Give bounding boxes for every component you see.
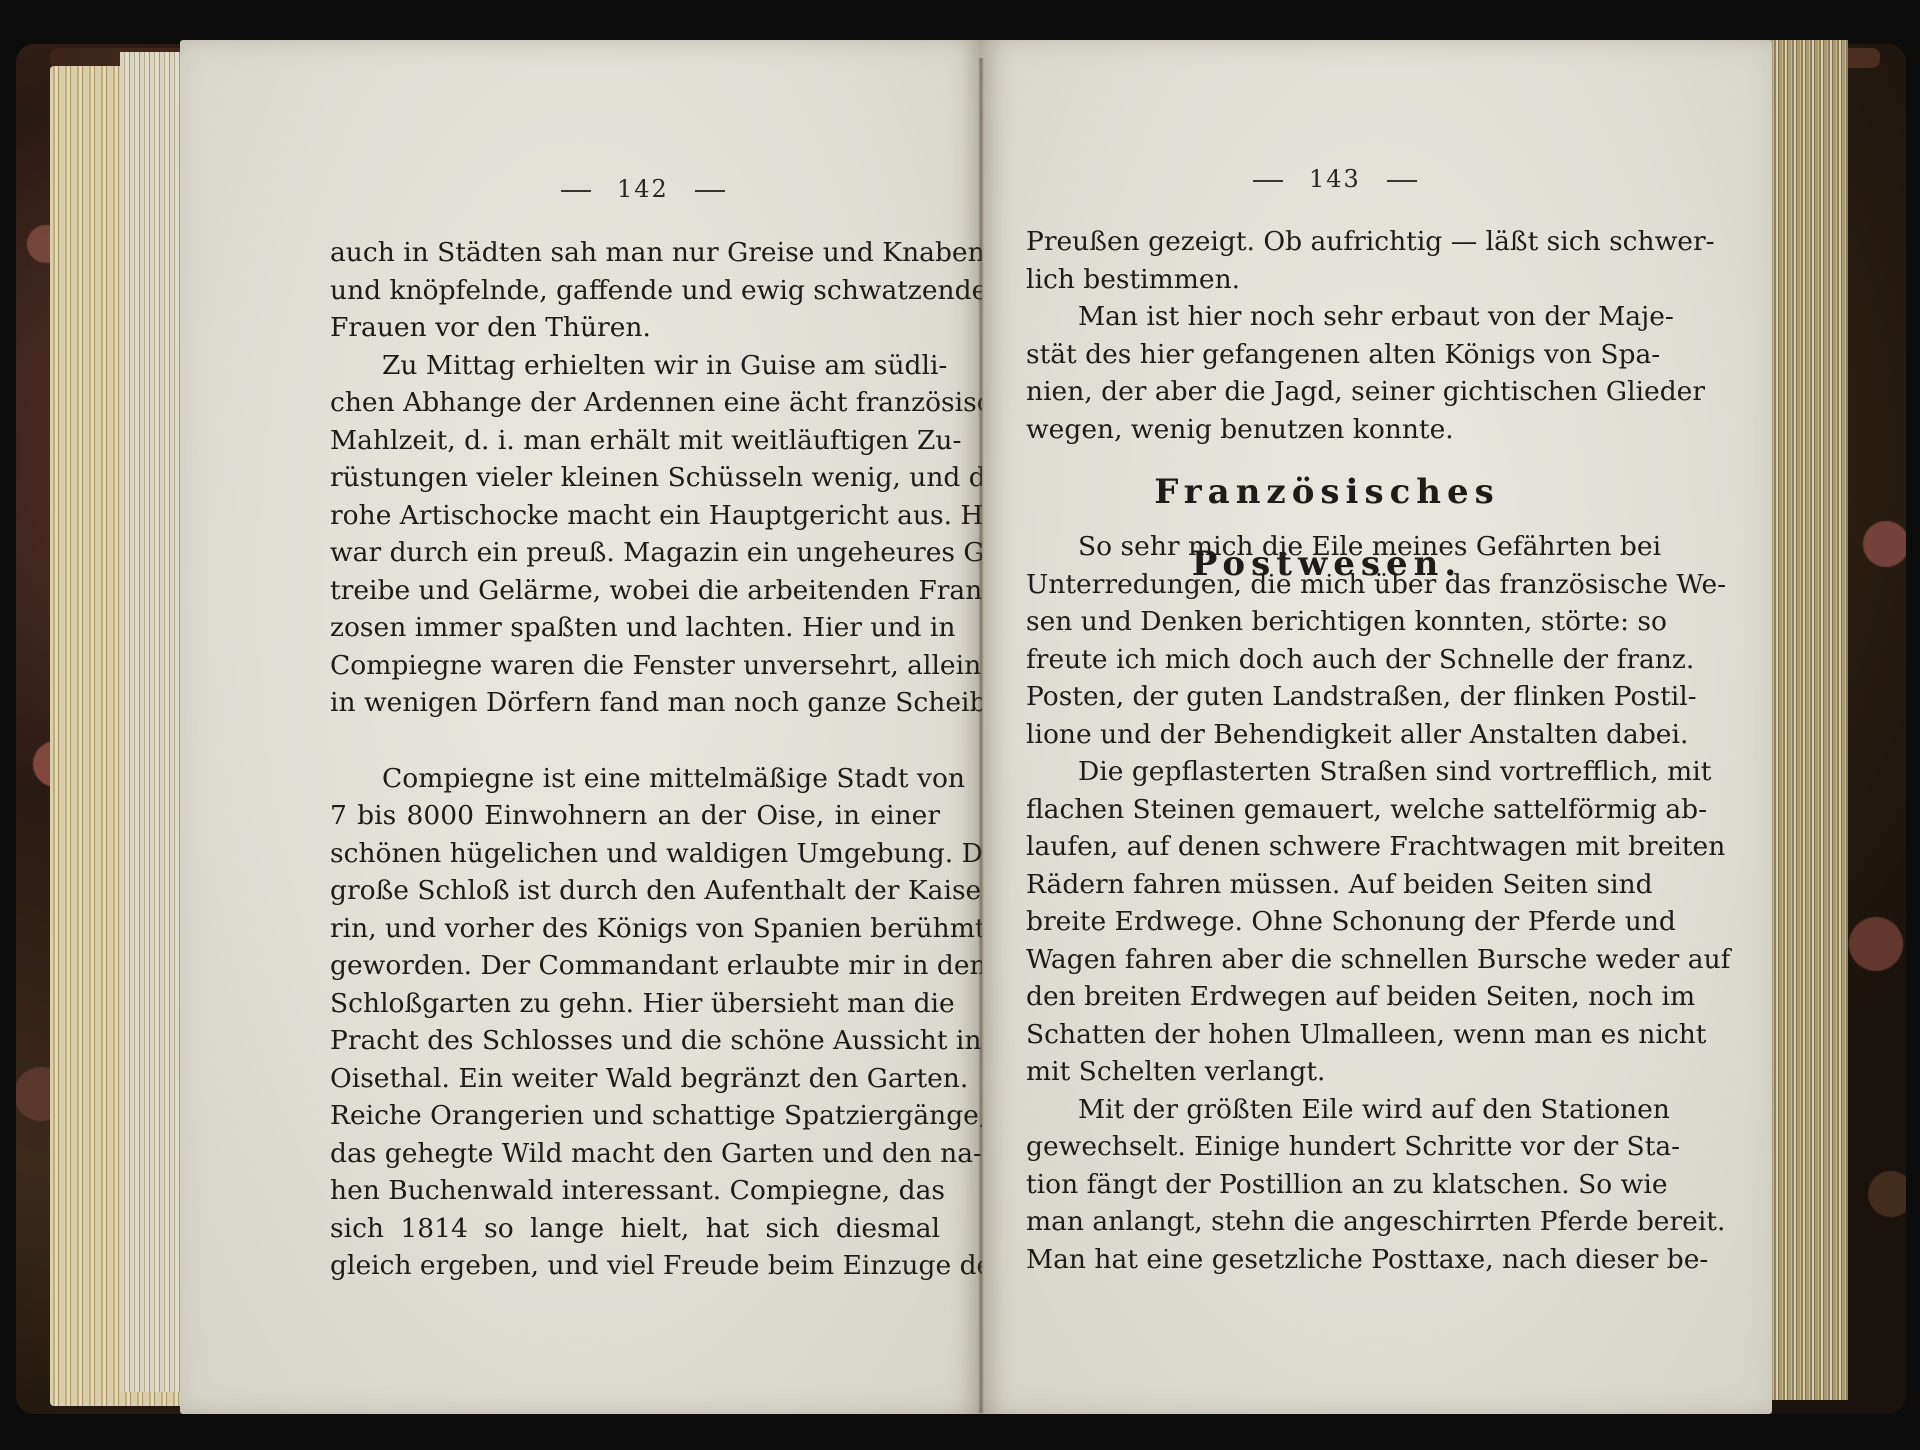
- text-line: sen und Denken berichtigen konnten, stör…: [1026, 603, 1628, 641]
- text-line: stät des hier gefangenen alten Königs vo…: [1026, 336, 1628, 374]
- folio-dash: [1387, 180, 1417, 182]
- text-line: Posten, der guten Landstraßen, der flink…: [1026, 678, 1628, 716]
- text-line: treibe und Gelärme, wobei die arbeitende…: [330, 572, 940, 610]
- paragraph-gap: [330, 722, 940, 760]
- text-line: Preußen gezeigt. Ob aufrichtig — läßt si…: [1026, 223, 1628, 261]
- folio-dash: [695, 190, 725, 192]
- text-line: Schloßgarten zu gehn. Hier übersieht man…: [330, 985, 940, 1023]
- text-line: auch in Städten sah man nur Greise und K…: [330, 234, 940, 272]
- text-line: schönen hügelichen und waldigen Umgebung…: [330, 835, 940, 873]
- page-number-text: 142: [617, 175, 669, 203]
- text-line: Schatten der hohen Ulmalleen, wenn man e…: [1026, 1016, 1628, 1054]
- page-number-left: 142: [535, 175, 751, 203]
- section-heading: Französisches Postwesen.: [1026, 456, 1628, 528]
- text-line: So sehr mich die Eile meines Gefährten b…: [1026, 528, 1628, 566]
- text-line: Mahlzeit, d. i. man erhält mit weitläuft…: [330, 422, 940, 460]
- text-line: freute ich mich doch auch der Schnelle d…: [1026, 641, 1628, 679]
- text-line: chen Abhange der Ardennen eine ächt fran…: [330, 384, 940, 422]
- text-line: Zu Mittag erhielten wir in Guise am südl…: [330, 347, 940, 385]
- text-line: flachen Steinen gemauert, welche sattelf…: [1026, 791, 1628, 829]
- page-edges-right: [1770, 40, 1848, 1400]
- text-line: breite Erdwege. Ohne Schonung der Pferde…: [1026, 903, 1628, 941]
- text-line: tion fängt der Postillion an zu klatsche…: [1026, 1166, 1628, 1204]
- text-line: Compiegne ist eine mittelmäßige Stadt vo…: [330, 760, 940, 798]
- text-line: Pracht des Schlosses und die schöne Auss…: [330, 1022, 940, 1060]
- text-line: und knöpfelnde, gaffende und ewig schwat…: [330, 272, 940, 310]
- text-line: 7 bis 8000 Einwohnern an der Oise, in ei…: [330, 797, 940, 835]
- text-line: geworden. Der Commandant erlaubte mir in…: [330, 947, 940, 985]
- text-line: Unterredungen, die mich über das französ…: [1026, 566, 1628, 604]
- right-page: 143 Preußen gezeigt. Ob aufrichtig — läß…: [982, 40, 1772, 1414]
- text-line: Compiegne waren die Fenster unversehrt, …: [330, 647, 940, 685]
- page-number-right: 143: [1227, 165, 1443, 193]
- text-line: gewechselt. Einige hundert Schritte vor …: [1026, 1128, 1628, 1166]
- text-line: Man hat eine gesetzliche Posttaxe, nach …: [1026, 1241, 1628, 1279]
- text-line: wegen, wenig benutzen konnte.: [1026, 411, 1628, 449]
- text-line: den breiten Erdwegen auf beiden Seiten, …: [1026, 978, 1628, 1016]
- text-line: Rädern fahren müssen. Auf beiden Seiten …: [1026, 866, 1628, 904]
- folio-dash: [1253, 180, 1283, 182]
- text-line: zosen immer spaßten und lachten. Hier un…: [330, 609, 940, 647]
- text-line: man anlangt, stehn die angeschirrten Pfe…: [1026, 1203, 1628, 1241]
- text-line: Frauen vor den Thüren.: [330, 309, 940, 347]
- text-line: rohe Artischocke macht ein Hauptgericht …: [330, 497, 940, 535]
- right-page-text: Preußen gezeigt. Ob aufrichtig — läßt si…: [1026, 223, 1628, 1278]
- text-line: Mit der größten Eile wird auf den Statio…: [1026, 1091, 1628, 1129]
- page-number-text: 143: [1309, 165, 1361, 193]
- text-line: sich 1814 so lange hielt, hat sich diesm…: [330, 1210, 940, 1248]
- left-page: 142 auch in Städten sah man nur Greise u…: [180, 40, 982, 1414]
- text-line: lich bestimmen.: [1026, 261, 1628, 299]
- text-line: Wagen fahren aber die schnellen Bursche …: [1026, 941, 1628, 979]
- text-line: gleich ergeben, und viel Freude beim Ein…: [330, 1247, 940, 1285]
- text-line: rin, und vorher des Königs von Spanien b…: [330, 910, 940, 948]
- text-line: laufen, auf denen schwere Frachtwagen mi…: [1026, 828, 1628, 866]
- text-line: große Schloß ist durch den Aufenthalt de…: [330, 872, 940, 910]
- text-line: lione und der Behendigkeit aller Anstalt…: [1026, 716, 1628, 754]
- book-gutter: [978, 58, 984, 1413]
- text-line: Oisethal. Ein weiter Wald begränzt den G…: [330, 1060, 940, 1098]
- left-page-text: auch in Städten sah man nur Greise und K…: [330, 234, 940, 1285]
- text-line: das gehegte Wild macht den Garten und de…: [330, 1135, 940, 1173]
- text-line: mit Schelten verlangt.: [1026, 1053, 1628, 1091]
- folio-dash: [561, 190, 591, 192]
- text-line: Die gepflasterten Straßen sind vortreffl…: [1026, 753, 1628, 791]
- text-line: war durch ein preuß. Magazin ein ungeheu…: [330, 534, 940, 572]
- text-line: Man ist hier noch sehr erbaut von der Ma…: [1026, 298, 1628, 336]
- text-line: hen Buchenwald interessant. Compiegne, d…: [330, 1172, 940, 1210]
- text-line: rüstungen vieler kleinen Schüsseln wenig…: [330, 459, 940, 497]
- text-line: in wenigen Dörfern fand man noch ganze S…: [330, 684, 940, 722]
- text-line: nien, der aber die Jagd, seiner gichtisc…: [1026, 373, 1628, 411]
- text-line: Reiche Orangerien und schattige Spatzier…: [330, 1097, 940, 1135]
